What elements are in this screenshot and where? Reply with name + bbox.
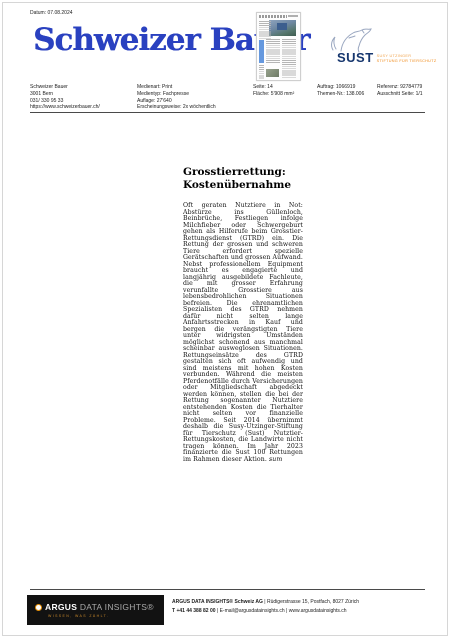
source-name: Schweizer Bauer (30, 84, 100, 91)
sust-logo: SUST SUSY UTZINGER STIFTUNG FÜR TIERSCHU… (323, 28, 433, 70)
thumbnail-article-photo (269, 20, 296, 36)
footer-company-name: ARGUS DATA INSIGHTS® Schweiz AG (172, 599, 263, 605)
placement-area: Fläche: 5'908 mm² (253, 91, 294, 98)
header-divider (30, 112, 425, 113)
article-body-text: Oft geraten Nutztiere in Not: Abstürze i… (183, 202, 303, 463)
media-type: Medientyp: Fachpresse (137, 91, 216, 98)
footer-email-web: | E-mail@argusdatainsights.ch | www.argu… (216, 608, 347, 614)
thumbnail-article-highlight (259, 40, 264, 63)
thumbnail-masthead-bar (259, 15, 287, 18)
thumbnail-text-column (266, 39, 280, 63)
argus-brand-name: ARGUS DATA INSIGHTS® (45, 602, 154, 612)
clipping-date: Datum: 07.08.2024 (30, 10, 73, 16)
thumbnail-text-column (259, 21, 271, 39)
source-phone: 031/ 330 95 33 (30, 98, 100, 105)
headline-line1: Grosstierrettung: (183, 166, 313, 179)
footer-divider (30, 589, 425, 590)
reference-number: Referenz: 92784779 (377, 84, 423, 91)
topic-number: Themen-Nr.: 138.006 (317, 91, 364, 98)
footer-company-line: ARGUS DATA INSIGHTS® Schweiz AG | Rüdige… (172, 598, 359, 607)
thumbnail-bottom-photo (266, 69, 279, 77)
newspaper-page-thumbnail (256, 12, 301, 81)
headline-line2: Kostenübernahme (183, 179, 313, 192)
article-body: Oft geraten Nutztiere in Not: Abstürze i… (183, 203, 303, 463)
clip-page: Ausschnitt Seite: 1/1 (377, 91, 423, 98)
footer-phone: T +41 44 388 82 00 (172, 608, 216, 614)
argus-brand-bold: ARGUS (45, 602, 77, 612)
argus-tagline: WISSEN, WAS ZÄHLT. (48, 614, 164, 618)
article-headline: Grosstierrettung: Kostenübernahme (183, 166, 313, 192)
metadata-source-column: Schweizer Bauer 3001 Bern 031/ 330 95 33… (30, 84, 100, 111)
media-circulation: Auflage: 27'640 (137, 98, 216, 105)
footer-company-address: | Rüdigerstrasse 15, Postfach, 8027 Züri… (263, 599, 359, 605)
metadata-placement-column: Seite: 14 Fläche: 5'908 mm² (253, 84, 294, 98)
footer-contact-line: T +41 44 388 82 00 | E-mail@argusdatains… (172, 607, 359, 616)
metadata-order-column: Auftrag: 1066919 Themen-Nr.: 138.006 (317, 84, 364, 98)
thumbnail-text-column (282, 39, 296, 79)
media-art: Medienart: Print (137, 84, 216, 91)
sust-subtitle: SUSY UTZINGER STIFTUNG FÜR TIERSCHUTZ (377, 52, 437, 63)
argus-logo: ARGUS DATA INSIGHTS® WISSEN, WAS ZÄHLT. (27, 595, 164, 625)
metadata-media-column: Medienart: Print Medientyp: Fachpresse A… (137, 84, 216, 111)
article-byline: sum (269, 456, 282, 463)
placement-page: Seite: 14 (253, 84, 294, 91)
press-clipping-page: Datum: 07.08.2024 Schweizer Bauer SUST S… (0, 0, 450, 638)
footer-contact-block: ARGUS DATA INSIGHTS® Schweiz AG | Rüdige… (172, 598, 359, 616)
argus-brand-thin: DATA INSIGHTS® (77, 602, 154, 612)
sust-acronym: SUST (337, 52, 374, 64)
source-city: 3001 Bern (30, 91, 100, 98)
sust-subtitle-line2: STIFTUNG FÜR TIERSCHUTZ (377, 59, 437, 64)
source-url: https://www.schweizerbauer.ch/ (30, 104, 100, 111)
thumbnail-text-column (259, 65, 264, 79)
metadata-reference-column: Referenz: 92784779 Ausschnitt Seite: 1/1 (377, 84, 423, 98)
thumbnail-date-bar (288, 15, 298, 17)
media-frequency: Erscheinungsweise: 2x wöchentlich (137, 104, 216, 111)
order-number: Auftrag: 1066919 (317, 84, 364, 91)
argus-ring-icon (35, 604, 42, 611)
